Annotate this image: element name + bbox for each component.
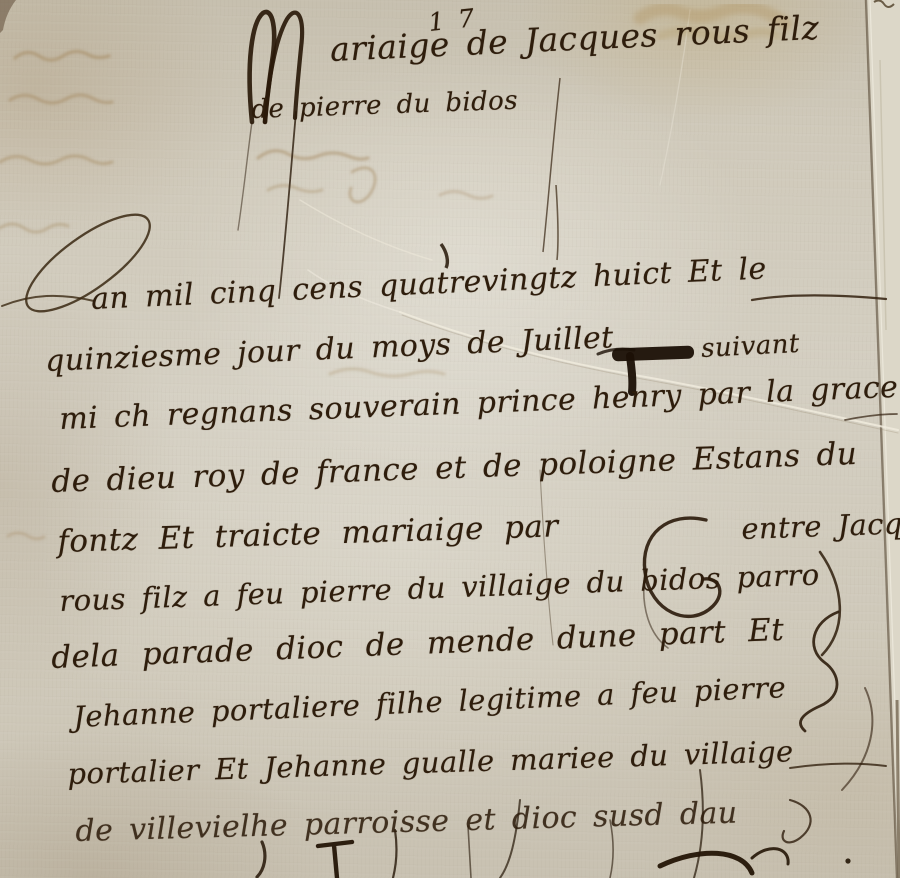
- initial-m-flourish: [238, 12, 302, 298]
- stray-comma-mark: [441, 244, 447, 268]
- margin-flourishes: [783, 552, 873, 842]
- corner-stain: [0, 0, 16, 33]
- body-line-5-after-paraph: entre Jacques: [741, 505, 900, 546]
- page-edge: [866, 0, 900, 878]
- page-edge-shadow: [897, 700, 899, 878]
- stray-stroke: [556, 185, 558, 260]
- manuscript-photo: 17 ariaige de Jacques rous filz de pierr…: [0, 0, 900, 878]
- body-line-2-after-blot: suivant: [700, 329, 800, 364]
